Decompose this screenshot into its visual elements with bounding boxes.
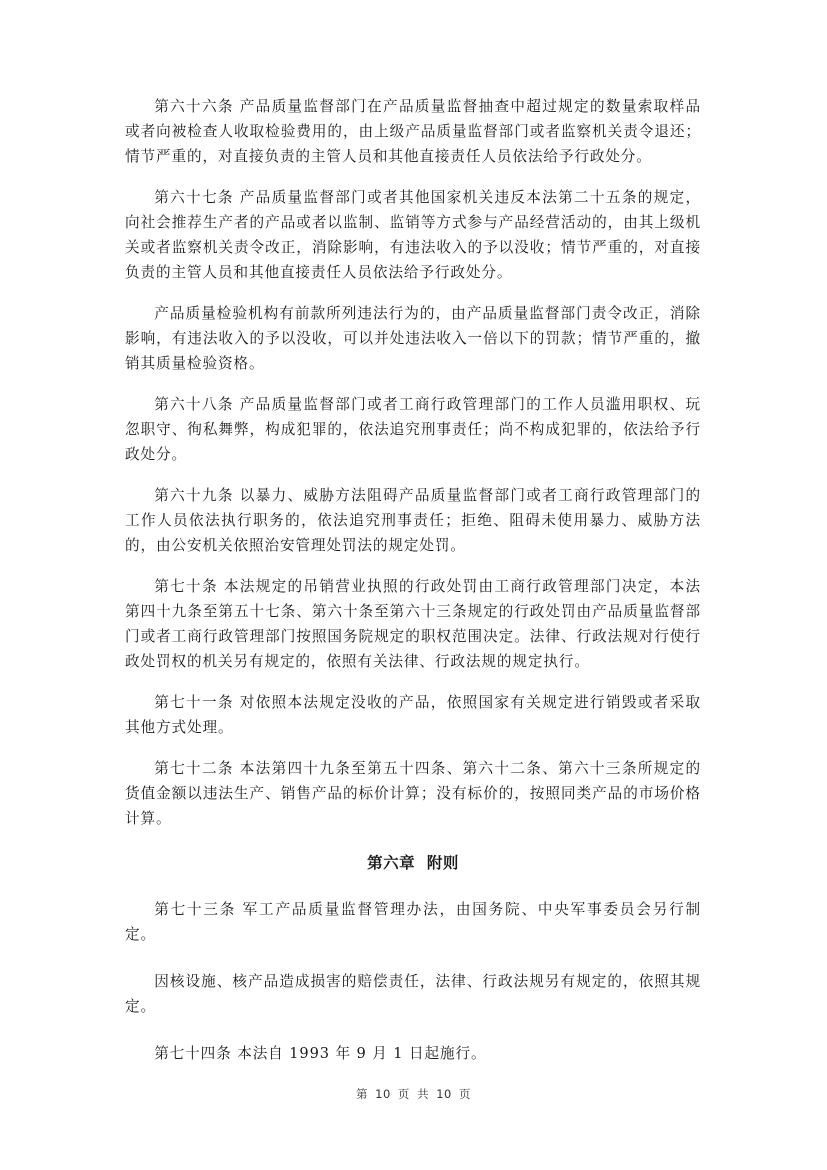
article-67-clause-2-paragraph: 产品质量检验机构有前款所列违法行为的，由产品质量监督部门责令改正，消除影响，有违… [125, 301, 701, 376]
document-page: 第六十六条 产品质量监督部门在产品质量监督抽查中超过规定的数量索取样品或者向被检… [125, 94, 701, 1088]
article-71-paragraph: 第七十一条 对依照本法规定没收的产品，依照国家有关规定进行销毁或者采取其他方式处… [125, 690, 701, 740]
article-67-paragraph: 第六十七条 产品质量监督部门或者其他国家机关违反本法第二十五条的规定，向社会推荐… [125, 185, 701, 285]
article-70-paragraph: 第七十条 本法规定的吊销营业执照的行政处罚由工商行政管理部门决定，本法第四十九条… [125, 574, 701, 674]
article-66-paragraph: 第六十六条 产品质量监督部门在产品质量监督抽查中超过规定的数量索取样品或者向被检… [125, 94, 701, 169]
article-69-paragraph: 第六十九条 以暴力、威胁方法阻碍产品质量监督部门或者工商行政管理部门的工作人员依… [125, 483, 701, 558]
page-footer: 第 10 页 共 10 页 [0, 1086, 827, 1102]
article-73-clause-2-paragraph: 因核设施、核产品造成损害的赔偿责任，法律、行政法规另有规定的，依照其规定。 [125, 969, 701, 1019]
article-72-paragraph: 第七十二条 本法第四十九条至第五十四条、第六十二条、第六十三条所规定的货值金额以… [125, 756, 701, 831]
article-74-paragraph: 第七十四条 本法自 1993 年 9 月 1 日起施行。 [125, 1041, 701, 1066]
article-73-paragraph: 第七十三条 军工产品质量监督管理办法，由国务院、中央军事委员会另行制定。 [125, 897, 701, 947]
chapter-title: 第六章 附则 [125, 851, 701, 873]
page-number-indicator: 第 10 页 共 10 页 [356, 1087, 471, 1101]
article-68-paragraph: 第六十八条 产品质量监督部门或者工商行政管理部门的工作人员滥用职权、玩忽职守、徇… [125, 392, 701, 467]
